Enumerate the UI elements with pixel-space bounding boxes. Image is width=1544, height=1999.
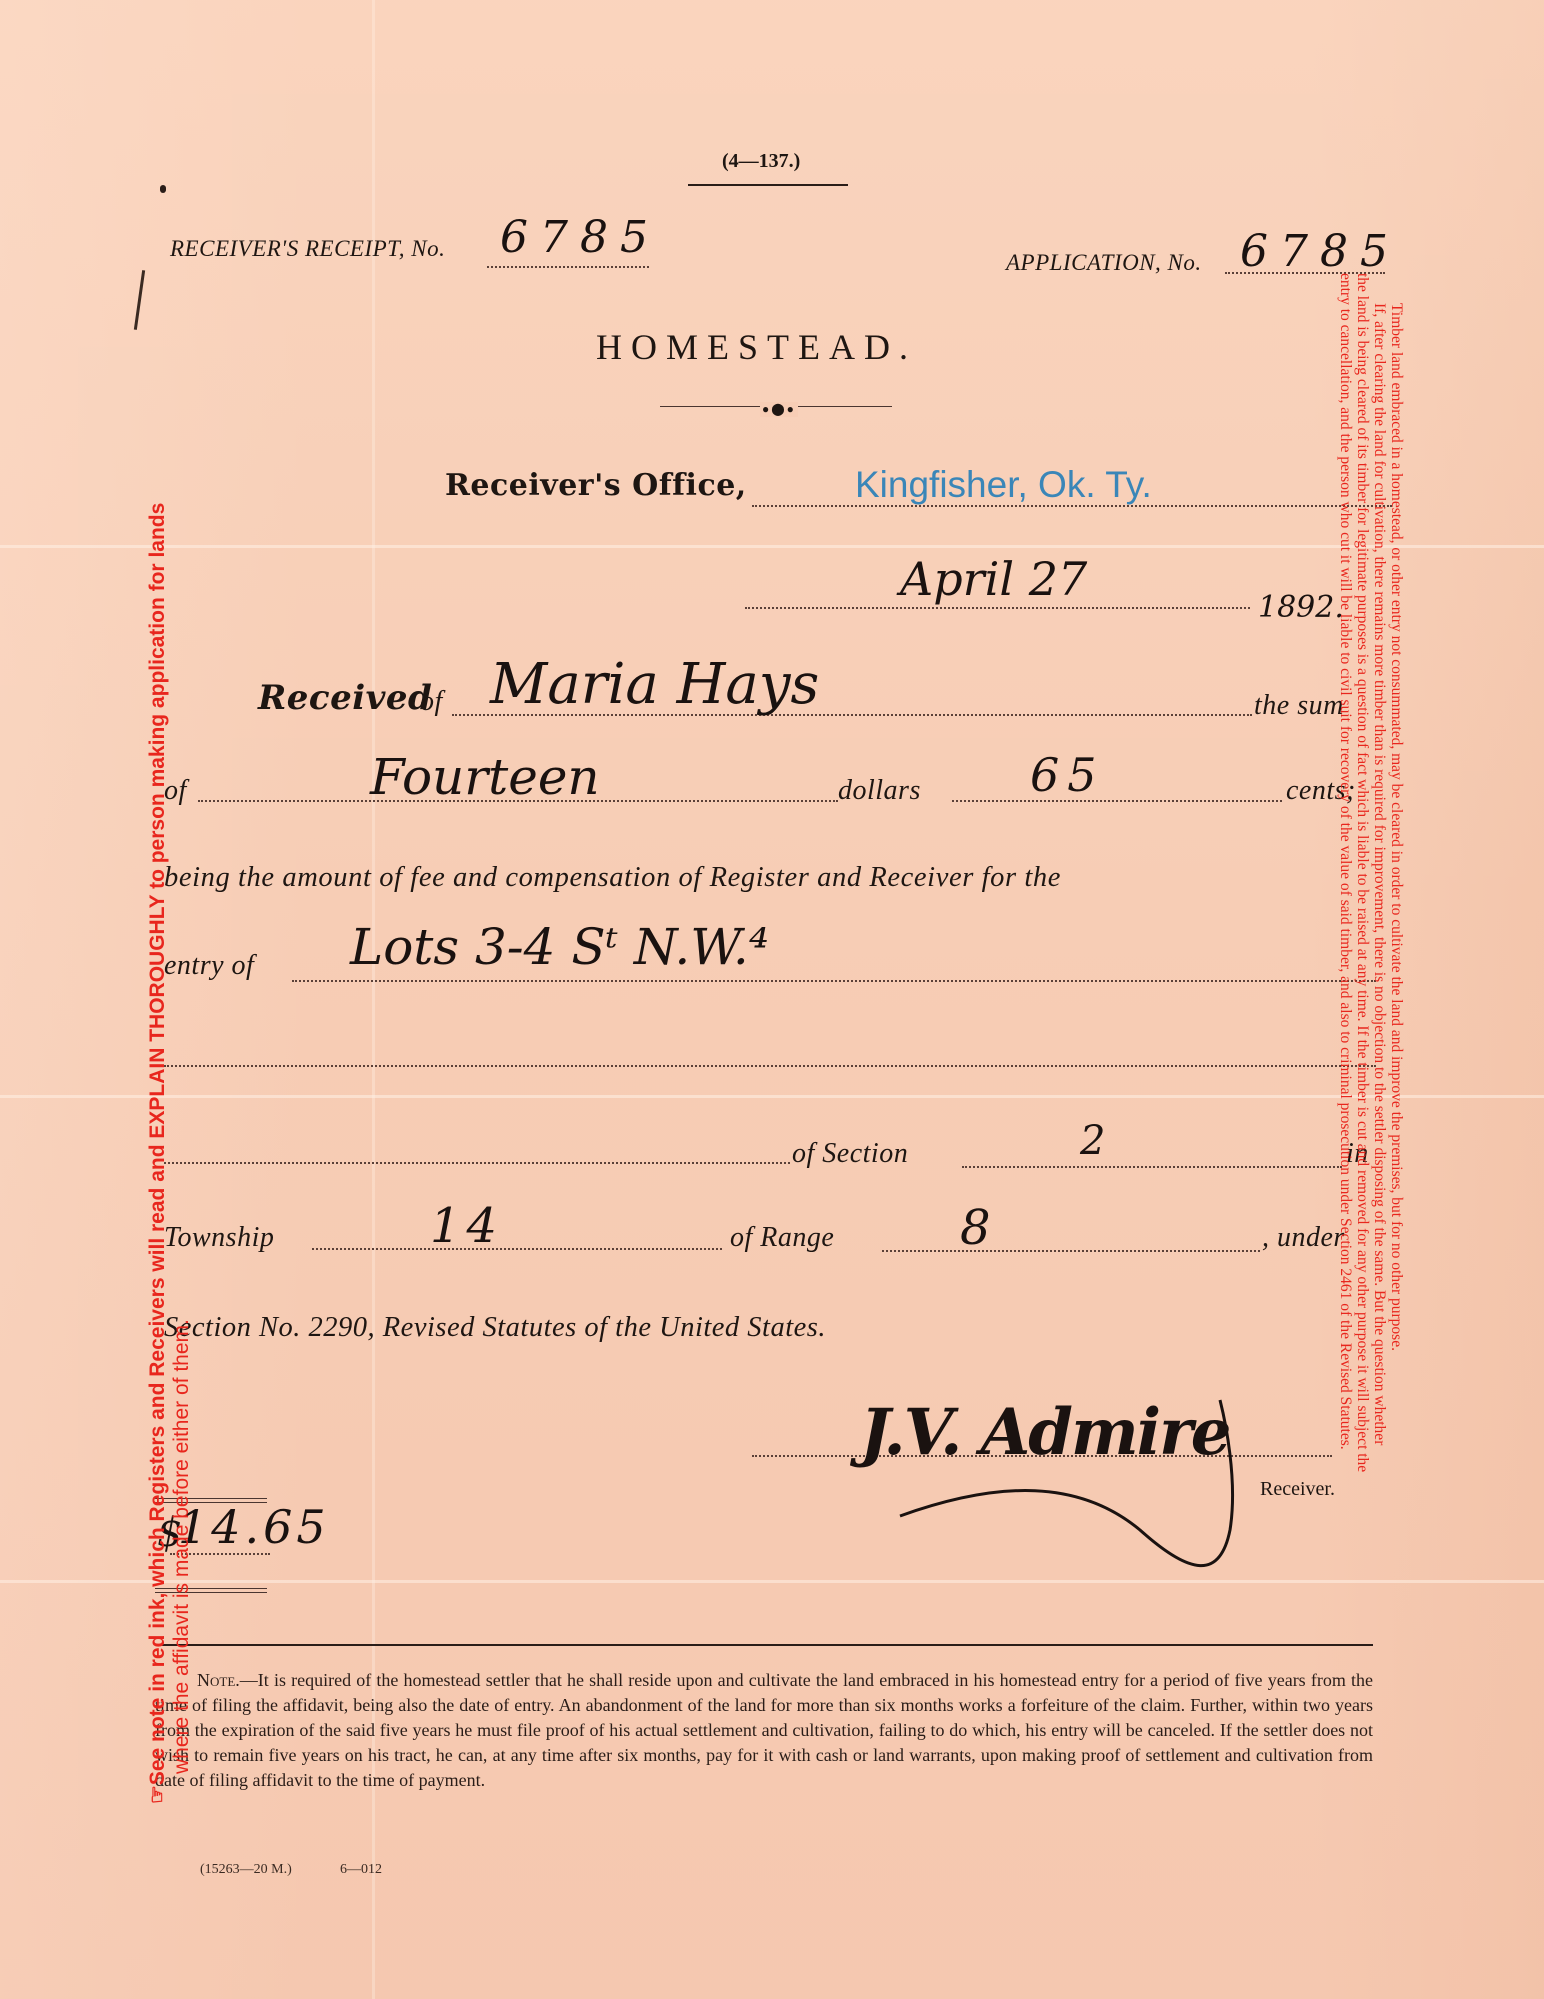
application-number: 6785 bbox=[1240, 226, 1400, 277]
left-margin-note: ☞See note in red ink, which Registers an… bbox=[146, 244, 194, 1804]
left-note-line-1: ☞See note in red ink, which Registers an… bbox=[146, 244, 170, 1804]
section-pre-line bbox=[164, 1162, 790, 1164]
section-label: of Section bbox=[792, 1138, 908, 1170]
right-note-line-1: Timber land embraced in a homestead, or … bbox=[1388, 273, 1405, 1773]
payer-name: Maria Hays bbox=[490, 652, 819, 717]
dollars-label: dollars bbox=[838, 775, 921, 807]
left-note-line-2: where the affidavit is made before eithe… bbox=[170, 244, 194, 1804]
note-text: —It is required of the homestead settler… bbox=[155, 1670, 1373, 1790]
right-note-line-4: entry to cancellation, and the person wh… bbox=[1337, 273, 1354, 1773]
form-number: (4—137.) bbox=[722, 150, 800, 173]
date-value: April 27 bbox=[900, 552, 1087, 606]
paper-fold bbox=[0, 545, 1544, 548]
application-label: APPLICATION, No. bbox=[1006, 250, 1202, 276]
printer-mark-right: 6—012 bbox=[340, 1862, 382, 1878]
range-line bbox=[882, 1250, 1260, 1252]
statute-text: Section No. 2290, Revised Statutes of th… bbox=[164, 1312, 826, 1344]
township-value: 14 bbox=[430, 1198, 503, 1254]
homestead-note: Note.—It is required of the homestead se… bbox=[155, 1668, 1373, 1793]
township-line bbox=[312, 1248, 722, 1250]
receiver-label: Receiver. bbox=[1260, 1478, 1335, 1501]
dollars-written: Fourteen bbox=[370, 748, 600, 806]
range-label: of Range bbox=[730, 1222, 834, 1254]
entry-line-2 bbox=[164, 1065, 1376, 1067]
receipt-line bbox=[487, 266, 649, 268]
right-note-line-2: If, after clearing the land for cultivat… bbox=[1371, 273, 1388, 1773]
staple-mark-icon bbox=[160, 185, 166, 193]
total-amount: 14.65 bbox=[178, 1500, 330, 1554]
printer-mark-left: (15263—20 M.) bbox=[200, 1862, 292, 1878]
received-label: Received bbox=[258, 678, 432, 718]
date-year: 1892. bbox=[1258, 590, 1344, 625]
receipt-label: RECEIVER'S RECEIPT, No. bbox=[170, 236, 445, 262]
section-line bbox=[962, 1166, 1342, 1168]
office-stamp: Kingfisher, Ok. Ty. bbox=[855, 464, 1152, 506]
range-under-label: , under bbox=[1262, 1222, 1345, 1254]
paper-fold bbox=[0, 1095, 1544, 1098]
section-value: 2 bbox=[1080, 1118, 1105, 1164]
page-title: HOMESTEAD. bbox=[596, 326, 917, 368]
office-label: Receiver's Office, bbox=[445, 468, 747, 503]
signature-flourish-icon bbox=[880, 1380, 1240, 1600]
entry-line bbox=[292, 980, 1376, 982]
receipt-number: 6785 bbox=[500, 212, 660, 263]
date-line bbox=[745, 607, 1250, 609]
staple-mark-icon bbox=[134, 270, 145, 330]
entry-description: Lots 3-4 Sᵗ N.W.⁴ bbox=[350, 918, 769, 976]
received-of-label: of bbox=[420, 686, 443, 718]
ornament-dots-icon: ●⬤● bbox=[760, 402, 798, 417]
cents-line bbox=[952, 800, 1282, 802]
note-divider bbox=[155, 1644, 1373, 1646]
paper-fold bbox=[0, 1580, 1544, 1583]
sum-label: the sum bbox=[1254, 690, 1344, 722]
right-margin-note: Timber land embraced in a homestead, or … bbox=[1335, 273, 1405, 1773]
divider bbox=[688, 184, 848, 186]
note-lead: Note. bbox=[197, 1670, 240, 1690]
cents-value: 65 bbox=[1030, 748, 1105, 802]
purpose-text: being the amount of fee and compensation… bbox=[164, 862, 1061, 894]
range-value: 8 bbox=[960, 1200, 991, 1256]
right-note-line-3: the land is being cleared of its timber … bbox=[1354, 273, 1371, 1773]
